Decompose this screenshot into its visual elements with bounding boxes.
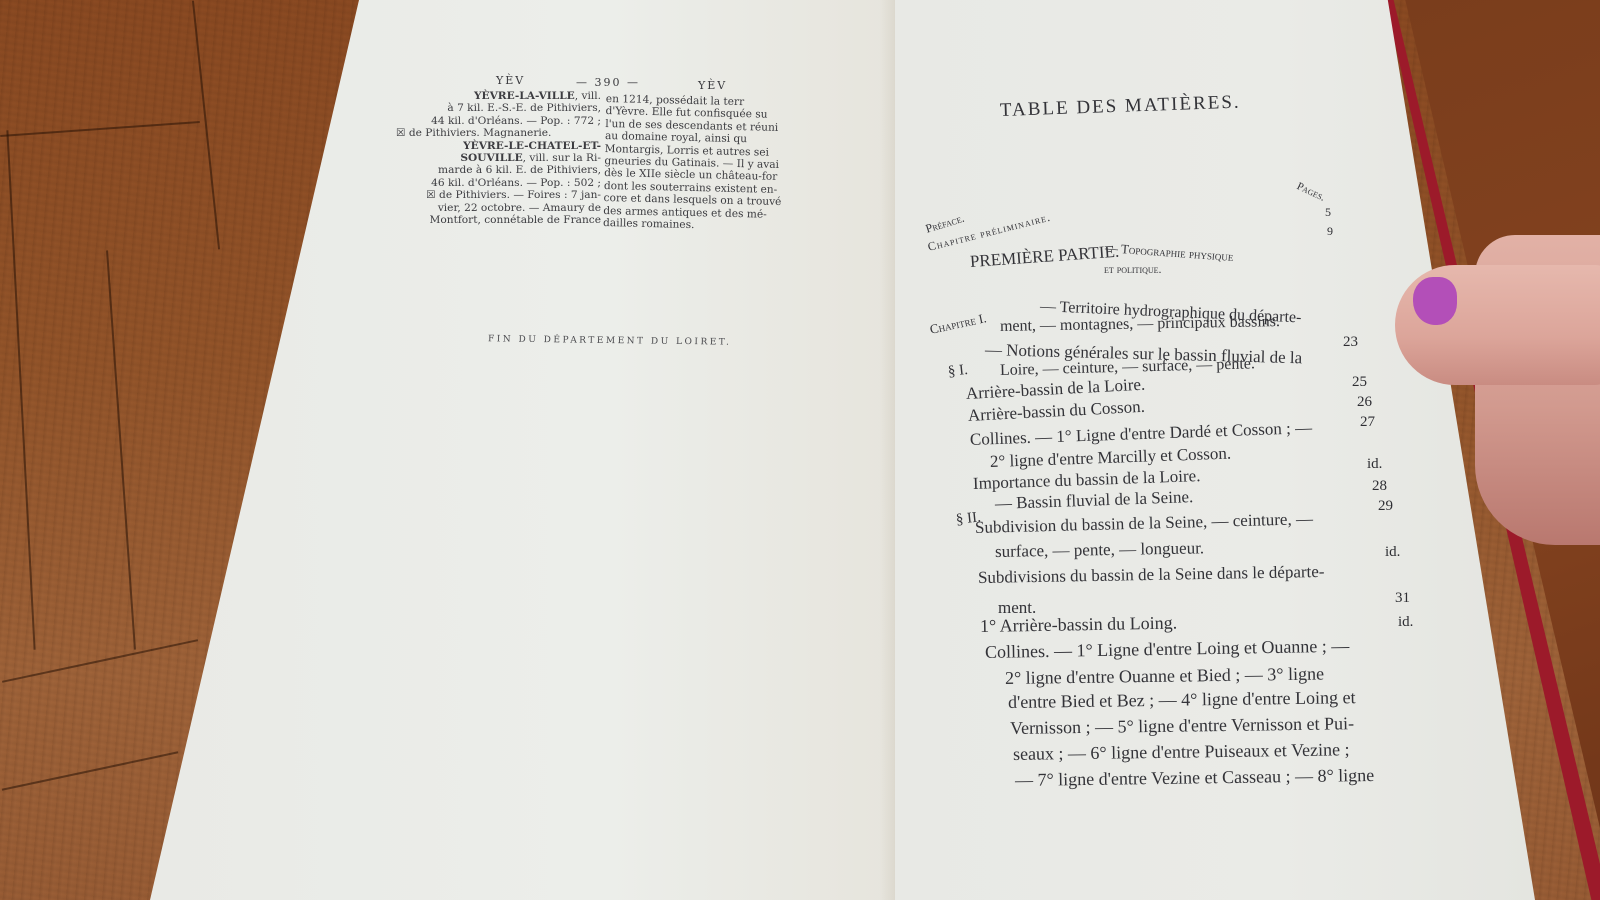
page-ref: id. (1398, 614, 1413, 631)
entry-line: ☒ de Pithiviers. — Foires : 7 jan- (396, 189, 601, 201)
page-ref: id. (1367, 456, 1382, 473)
page-number: — 390 — (576, 76, 640, 89)
page-ref: 29 (1378, 498, 1393, 515)
toc-entry: 2° ligne d'entre Ouanne et Bied ; — 3° l… (1005, 664, 1324, 689)
page-ref: 9 (1327, 224, 1333, 239)
entry-headword: SOUVILLE (460, 152, 522, 164)
floor-plank-seam (2, 751, 178, 790)
page-ref: 5 (1325, 205, 1331, 220)
entry-line: vier, 22 octobre. — Amaury de (396, 202, 601, 214)
entry-line: YÈVRE-LE-CHATEL-ET- (396, 140, 601, 152)
entry-line: à 7 kil. E.-S.-E. de Pithiviers, (396, 102, 601, 114)
entry-headword: YÈVRE-LA-VILLE (474, 90, 575, 102)
floor-plank-seam (6, 130, 35, 649)
toc-entry: 1° Arrière-bassin du Loing. (980, 613, 1177, 637)
page-ref: 23 (1343, 334, 1358, 351)
floor-plank-seam (2, 639, 198, 683)
toc-entry: surface, — pente, — longueur. (995, 538, 1204, 562)
entry-line: ☒ de Pithiviers. Magnanerie. (396, 127, 601, 139)
running-head-left: YÈV (496, 74, 525, 87)
right-column: en 1214, possédait la terr d'Yèvre. Elle… (603, 93, 806, 234)
entry-headword: YÈVRE-LE-CHATEL-ET- (463, 140, 601, 152)
toc-prefix: § I. (947, 362, 969, 381)
part-subtitle-2: et politique. (1104, 262, 1162, 277)
floor-plank-seam (106, 250, 136, 649)
painted-thumbnail (1413, 277, 1457, 325)
page-ref: 31 (1395, 590, 1410, 607)
page-ref: 28 (1372, 478, 1387, 495)
floor-plank-seam (192, 1, 220, 250)
entry-line: marde à 6 kil. E. de Pithiviers, (396, 164, 601, 176)
page-ref: 27 (1360, 414, 1375, 431)
page-ref: id. (1385, 544, 1400, 561)
entry-line: Montfort, connétable de France (396, 214, 601, 226)
floor-plank-seam (0, 121, 200, 137)
entry-line: 46 kil. d'Orléans. — Pop. : 502 ; (396, 177, 601, 189)
entry-line: YÈVRE-LA-VILLE, vill. (396, 90, 601, 102)
entry-line: SOUVILLE, vill. sur la Ri- (396, 152, 601, 164)
entry-line: 44 kil. d'Orléans. — Pop. : 772 ; (396, 115, 601, 127)
page-ref: 26 (1357, 394, 1372, 411)
running-head-right: YÈV (698, 79, 727, 92)
hand (1395, 235, 1600, 545)
left-column: YÈVRE-LA-VILLE, vill. à 7 kil. E.-S.-E. … (396, 90, 601, 226)
page-ref: 25 (1352, 374, 1367, 391)
